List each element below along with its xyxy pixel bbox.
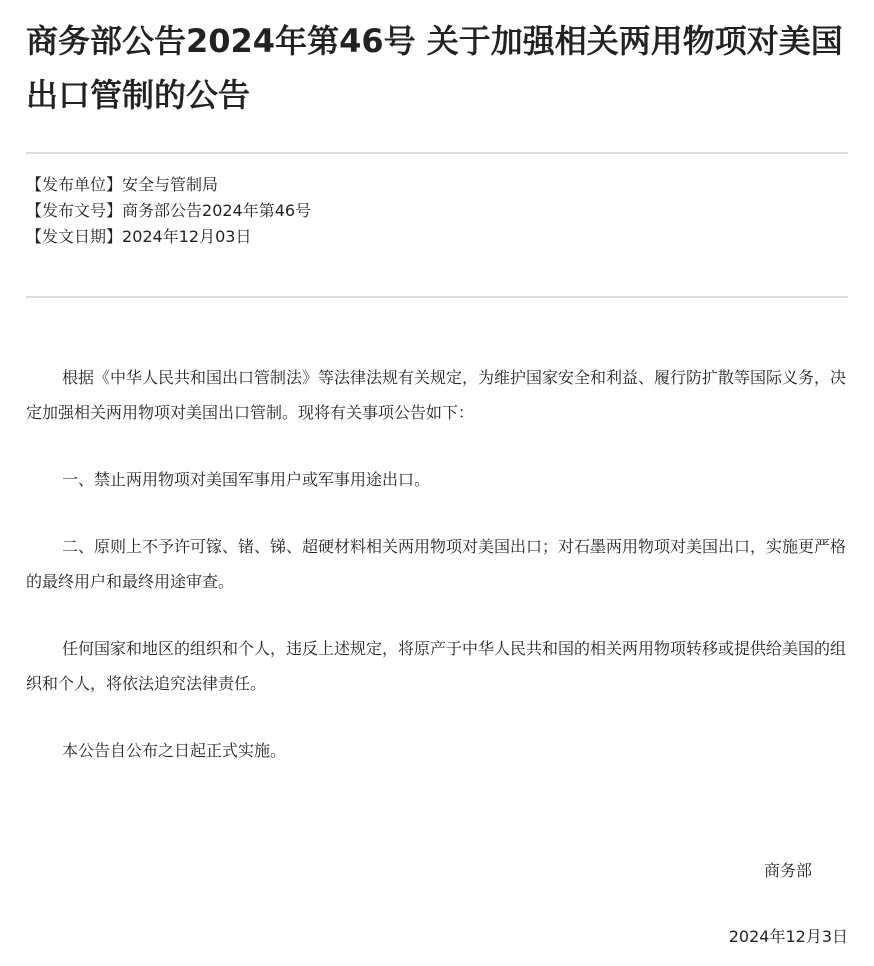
- meta-row-date: 【发文日期】2024年12月03日: [26, 224, 848, 250]
- meta-value: 商务部公告2024年第46号: [122, 201, 311, 220]
- paragraph-effective: 本公告自公布之日起正式实施。: [26, 733, 848, 768]
- meta-row-issuer: 【发布单位】安全与管制局: [26, 172, 848, 198]
- announcement-page: 商务部公告2024年第46号 关于加强相关两用物项对美国出口管制的公告 【发布单…: [26, 0, 848, 948]
- paragraph-item-2: 二、原则上不予许可镓、锗、锑、超硬材料相关两用物项对美国出口；对石墨两用物项对美…: [26, 529, 848, 599]
- paragraph-intro: 根据《中华人民共和国出口管制法》等法律法规有关规定，为维护国家安全和利益、履行防…: [26, 360, 848, 430]
- meta-info: 【发布单位】安全与管制局 【发布文号】商务部公告2024年第46号 【发文日期】…: [26, 154, 848, 296]
- meta-value: 安全与管制局: [122, 175, 218, 194]
- announcement-body: 根据《中华人民共和国出口管制法》等法律法规有关规定，为维护国家安全和利益、履行防…: [26, 298, 848, 768]
- meta-label: 【发文日期】: [26, 227, 122, 246]
- meta-label: 【发布单位】: [26, 175, 122, 194]
- paragraph-liability: 任何国家和地区的组织和个人，违反上述规定，将原产于中华人民共和国的相关两用物项转…: [26, 631, 848, 701]
- meta-row-doc-number: 【发布文号】商务部公告2024年第46号: [26, 198, 848, 224]
- paragraph-item-1: 一、禁止两用物项对美国军事用户或军事用途出口。: [26, 462, 848, 497]
- page-title: 商务部公告2024年第46号 关于加强相关两用物项对美国出口管制的公告: [26, 0, 848, 122]
- signature-org: 商务部: [26, 860, 848, 882]
- signature-date: 2024年12月3日: [26, 926, 848, 948]
- meta-label: 【发布文号】: [26, 201, 122, 220]
- meta-value: 2024年12月03日: [122, 227, 251, 246]
